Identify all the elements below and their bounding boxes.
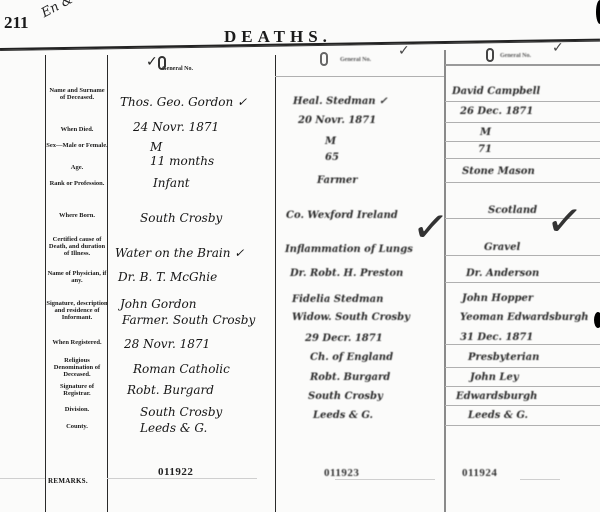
physician: Dr. Anderson (466, 268, 539, 279)
age: 65 (325, 152, 339, 163)
pin-icon (486, 48, 494, 62)
label-where-born: Where Born. (46, 212, 108, 219)
row-rule (445, 255, 600, 256)
row-rule (445, 367, 600, 368)
division: Edwardsburgh (456, 391, 537, 402)
label-name: Name and Surname of Deceased. (46, 87, 108, 101)
large-check-mark-icon: ✓ (410, 204, 451, 252)
division: South Crosby (140, 405, 222, 419)
label-physician: Name of Physician, if any. (46, 270, 108, 284)
row-rule (445, 122, 600, 123)
when-died: 26 Dec. 1871 (460, 106, 533, 117)
row-rule (445, 282, 600, 283)
label-informant: Signature, description and residence of … (46, 300, 108, 321)
informant-name: John Hopper (462, 293, 533, 304)
registrar: John Ley (470, 372, 519, 383)
row-rule (335, 479, 435, 480)
row-rule (107, 478, 257, 479)
row-rule (445, 386, 600, 387)
religion: Ch. of England (310, 352, 393, 363)
when-died: 24 Novr. 1871 (133, 120, 219, 134)
label-when-died: When Died. (46, 126, 108, 133)
row-rule (445, 182, 600, 183)
where-born: Co. Wexford Ireland (286, 210, 398, 221)
informant-residence: Farmer. South Crosby (122, 313, 255, 327)
page-annotation: En & W (39, 0, 91, 21)
row-rule (445, 344, 600, 345)
deceased-name: Heal. Stedman ✓ (293, 96, 387, 107)
row-rule (275, 76, 444, 77)
label-division: Division. (46, 406, 108, 413)
column-divider (275, 55, 276, 512)
general-no-header: General No. (340, 57, 371, 63)
row-rule (445, 141, 600, 142)
informant-name: John Gordon (120, 297, 197, 311)
row-rule (445, 158, 600, 159)
cause-of-death: Water on the Brain ✓ (115, 246, 244, 260)
when-registered: 31 Dec. 1871 (460, 332, 533, 343)
physician: Dr. Robt. H. Preston (290, 268, 403, 279)
informant-residence: Yeoman Edwardsburgh (460, 312, 589, 323)
age: 71 (478, 144, 492, 155)
ink-blot (594, 312, 600, 328)
cause-of-death: Gravel (484, 242, 520, 253)
cause-of-death: Inflammation of Lungs (285, 244, 413, 255)
remarks-label: REMARKS. (48, 477, 88, 485)
large-check-mark-icon: ✓ (544, 198, 585, 246)
check-mark-icon: ✓ (398, 43, 410, 59)
deceased-name: David Campbell (452, 86, 540, 97)
pin-icon (320, 52, 328, 66)
label-age: Age. (46, 164, 108, 171)
division: South Crosby (308, 391, 383, 402)
registration-number: 011922 (158, 466, 193, 478)
row-rule (520, 479, 560, 480)
physician: Dr. B. T. McGhie (118, 270, 217, 284)
rank: Infant (153, 176, 190, 190)
death-register-page: 211 En & W DEATHS. General No. General N… (0, 0, 600, 512)
label-when-registered: When Registered. (46, 339, 108, 346)
county: Leeds & G. (140, 421, 207, 435)
when-registered: 28 Novr. 1871 (124, 337, 210, 351)
check-mark-icon: ✓ (146, 54, 158, 70)
sex: M (480, 127, 491, 138)
label-county: County. (46, 423, 108, 430)
general-no-header: General No. (162, 66, 193, 72)
registrar: Robt. Burgard (127, 383, 214, 397)
row-rule (445, 425, 600, 426)
where-born: Scotland (488, 205, 537, 216)
row-rule (445, 101, 600, 102)
when-registered: 29 Decr. 1871 (305, 333, 383, 344)
when-died: 20 Novr. 1871 (298, 115, 376, 126)
label-sex: Sex—Male or Female. (46, 142, 108, 149)
page-number: 211 (4, 13, 29, 33)
label-registrar: Signature of Registrar. (46, 383, 108, 397)
deceased-name: Thos. Geo. Gordon ✓ (120, 95, 247, 109)
general-no-header: General No. (500, 53, 531, 59)
religion: Roman Catholic (133, 362, 230, 376)
rank: Stone Mason (462, 166, 535, 177)
pin-icon (158, 56, 166, 70)
label-cause: Certified cause of Death, and duration o… (46, 236, 108, 257)
registration-number: 011923 (324, 467, 359, 479)
county: Leeds & G. (313, 410, 373, 421)
row-rule (445, 405, 600, 406)
label-rank: Rank or Profession. (46, 180, 108, 187)
row-rule (0, 478, 45, 479)
religion: Presbyterian (468, 352, 539, 363)
informant-residence: Widow. South Crosby (292, 312, 410, 323)
registrar: Robt. Burgard (310, 372, 390, 383)
county: Leeds & G. (468, 410, 528, 421)
sex: M (150, 140, 162, 154)
sex: M (325, 136, 336, 147)
age: 11 months (150, 154, 214, 168)
informant-name: Fidelia Stedman (292, 294, 383, 305)
ink-blot (596, 0, 600, 24)
column-divider (444, 50, 446, 512)
where-born: South Crosby (140, 211, 222, 225)
label-religion: Religious Denomination of Deceased. (46, 357, 108, 378)
row-rule (445, 64, 600, 66)
rank: Farmer (317, 175, 358, 186)
check-mark-icon: ✓ (552, 40, 564, 56)
registration-number: 011924 (462, 467, 497, 479)
